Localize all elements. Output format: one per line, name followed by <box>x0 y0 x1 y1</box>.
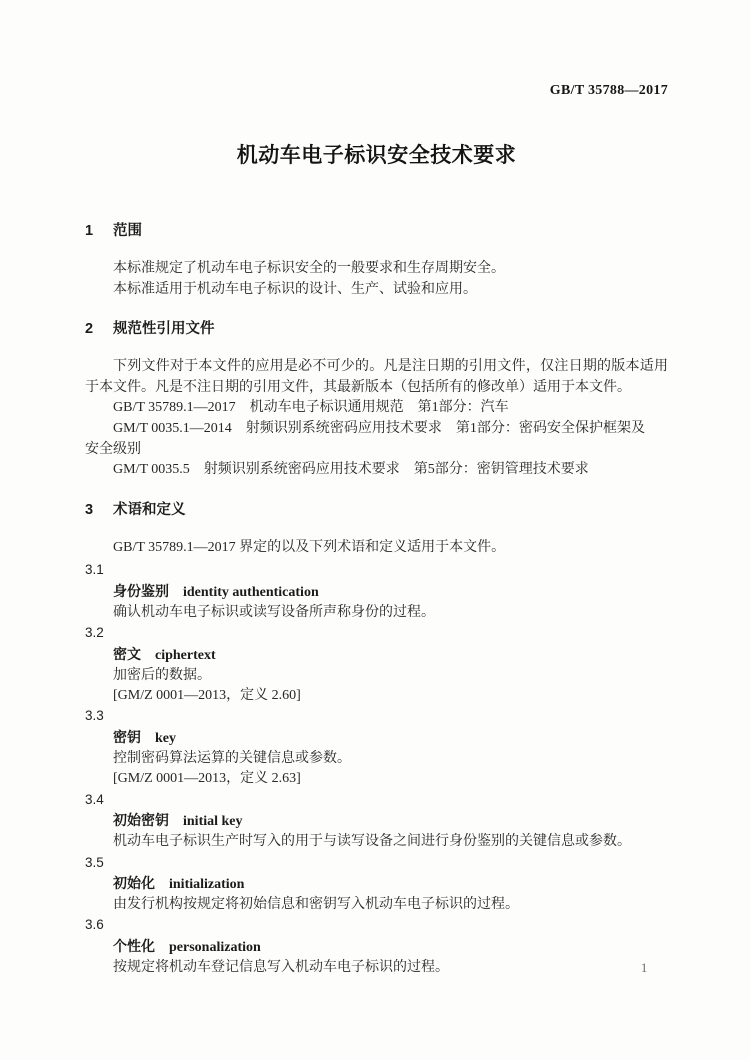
term-entry-3-4: 3.4 初始密钥initial key 机动车电子标识生产时写入的用于与读写设备… <box>85 790 668 853</box>
term-name: 个性化personalization <box>85 936 668 958</box>
term-number: 3.5 <box>85 853 668 873</box>
section-terms-definitions: 3术语和定义 GB/T 35789.1—2017 界定的以及下列术语和定义适用于… <box>85 499 668 979</box>
term-number: 3.4 <box>85 790 668 810</box>
term-name-chinese: 身份鉴别 <box>113 583 169 599</box>
reference-item: GM/T 0035.1—2014 射频识别系统密码应用技术要求 第1部分：密码安… <box>85 419 645 460</box>
section-2-heading: 2规范性引用文件 <box>85 318 668 340</box>
term-entry-3-3: 3.3 密钥key 控制密码算法运算的关键信息或参数。 [GM/Z 0001—2… <box>85 706 668 789</box>
term-name-chinese: 个性化 <box>113 938 155 954</box>
reference-item: GB/T 35789.1—2017 机动车电子标识通用规范 第1部分：汽车 <box>85 398 668 419</box>
section-2-title: 规范性引用文件 <box>113 321 215 337</box>
term-name-chinese: 密文 <box>113 646 141 662</box>
section-2-number: 2 <box>85 318 113 340</box>
page-header: GB/T 35788—2017 <box>85 0 668 100</box>
page-number: 1 <box>641 961 647 976</box>
term-entry-3-6: 3.6 个性化personalization 按规定将机动车登记信息写入机动车电… <box>85 915 668 978</box>
term-definition: 确认机动车电子标识或读写设备所声称身份的过程。 <box>85 603 668 623</box>
term-source: [GM/Z 0001—2013，定义 2.63] <box>85 769 668 789</box>
section-scope: 1范围 本标准规定了机动车电子标识安全的一般要求和生存周期安全。 本标准适用于机… <box>85 220 668 300</box>
terms-list: 3.1 身份鉴别identity authentication 确认机动车电子标… <box>85 560 668 978</box>
term-definition: 加密后的数据。 <box>85 666 668 686</box>
term-entry-3-5: 3.5 初始化initialization 由发行机构按规定将初始信息和密钥写入… <box>85 853 668 916</box>
term-definition: 控制密码算法运算的关键信息或参数。 <box>85 749 668 769</box>
standard-code: GB/T 35788—2017 <box>550 83 668 98</box>
scope-paragraph-2: 本标准适用于机动车电子标识的设计、生产、试验和应用。 <box>85 280 668 301</box>
reference-item: GM/T 0035.5 射频识别系统密码应用技术要求 第5部分：密钥管理技术要求 <box>85 460 668 481</box>
section-1-heading: 1范围 <box>85 220 668 242</box>
document-title: 机动车电子标识安全技术要求 <box>85 144 668 168</box>
term-name: 密钥key <box>85 727 668 749</box>
term-definition: 机动车电子标识生产时写入的用于与读写设备之间进行身份鉴别的关键信息或参数。 <box>85 832 668 852</box>
section-3-title: 术语和定义 <box>113 502 186 518</box>
term-name: 密文ciphertext <box>85 644 668 666</box>
term-name-chinese: 初始密钥 <box>113 812 169 828</box>
term-number: 3.6 <box>85 915 668 935</box>
term-definition: 按规定将机动车登记信息写入机动车电子标识的过程。 <box>85 958 668 978</box>
term-name-english: ciphertext <box>155 648 216 663</box>
page-content: GB/T 35788—2017 机动车电子标识安全技术要求 1范围 本标准规定了… <box>0 0 750 978</box>
term-entry-3-1: 3.1 身份鉴别identity authentication 确认机动车电子标… <box>85 560 668 623</box>
term-name: 初始化initialization <box>85 873 668 895</box>
term-name-english: personalization <box>169 940 261 955</box>
term-name-english: identity authentication <box>183 585 319 600</box>
term-name-chinese: 初始化 <box>113 875 155 891</box>
section-1-number: 1 <box>85 220 113 242</box>
terms-intro: GB/T 35789.1—2017 界定的以及下列术语和定义适用于本文件。 <box>85 538 668 559</box>
references-intro: 下列文件对于本文件的应用是必不可少的。凡是注日期的引用文件，仅注日期的版本适用于… <box>85 357 668 398</box>
term-number: 3.1 <box>85 560 668 580</box>
term-number: 3.3 <box>85 706 668 726</box>
scope-paragraph-1: 本标准规定了机动车电子标识安全的一般要求和生存周期安全。 <box>85 259 668 280</box>
term-name: 身份鉴别identity authentication <box>85 581 668 603</box>
term-name: 初始密钥initial key <box>85 810 668 832</box>
term-name-english: initialization <box>169 877 244 892</box>
section-normative-references: 2规范性引用文件 下列文件对于本文件的应用是必不可少的。凡是注日期的引用文件，仅… <box>85 318 668 481</box>
term-name-chinese: 密钥 <box>113 729 141 745</box>
term-name-english: key <box>155 731 176 746</box>
section-1-title: 范围 <box>113 223 142 239</box>
term-name-english: initial key <box>183 814 243 829</box>
term-number: 3.2 <box>85 623 668 643</box>
term-definition: 由发行机构按规定将初始信息和密钥写入机动车电子标识的过程。 <box>85 895 668 915</box>
document-page: GB/T 35788—2017 机动车电子标识安全技术要求 1范围 本标准规定了… <box>0 0 750 1060</box>
section-3-heading: 3术语和定义 <box>85 499 668 521</box>
term-source: [GM/Z 0001—2013，定义 2.60] <box>85 686 668 706</box>
term-entry-3-2: 3.2 密文ciphertext 加密后的数据。 [GM/Z 0001—2013… <box>85 623 668 706</box>
section-3-number: 3 <box>85 499 113 521</box>
